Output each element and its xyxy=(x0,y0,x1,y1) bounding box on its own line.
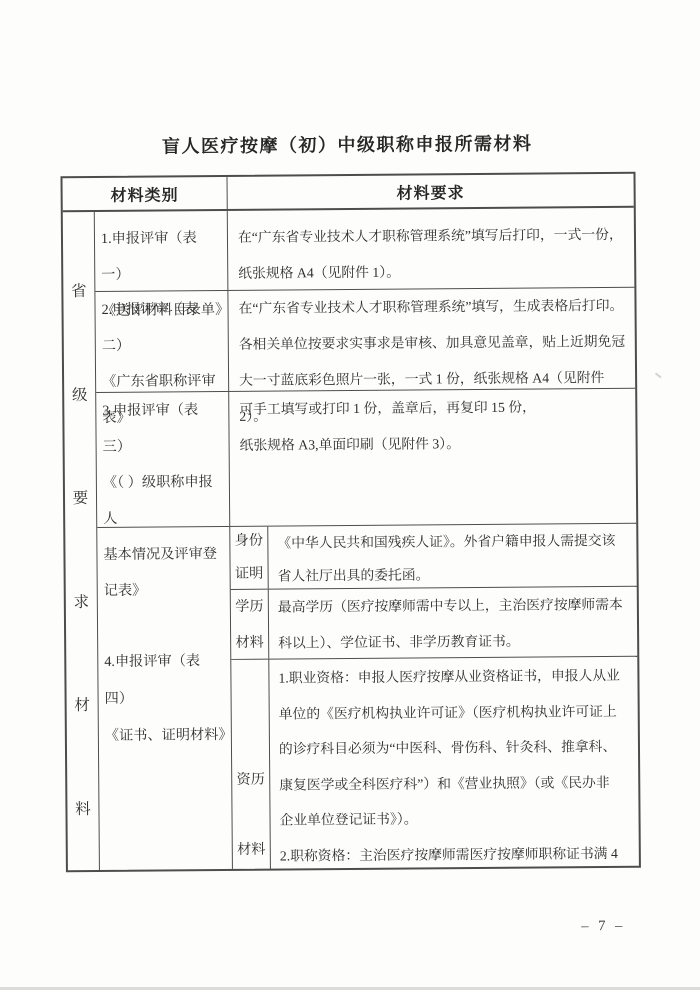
table-body: 省 级 要 求 材 料 1.申报评审（表一） 《送评材料目录单》 在“广东省专业… xyxy=(63,208,639,870)
sub-row-content: 《中华人民共和国残疾人证》。外省户籍申报人需提交该 省人社厅出具的委托函。 xyxy=(268,524,636,589)
sub-row-label: 学历 材料 xyxy=(231,590,270,659)
row-category: 2.申报评审（表二） 《广东省职称评审 表》 xyxy=(95,291,229,392)
row-category: 3.申报评审（表三） 《（ ）级职称申报人 基本情况及评审登 记表》 xyxy=(96,392,230,527)
side-label-char: 材 xyxy=(74,698,90,714)
side-label-char: 要 xyxy=(73,491,89,507)
scan-artifact xyxy=(655,372,662,379)
table-header-row: 材料类别 材料要求 xyxy=(63,174,634,212)
table-row: 3.申报评审（表三） 《（ ）级职称申报人 基本情况及评审登 记表》 可手工填写… xyxy=(96,388,636,527)
row-category: 1.申报评审（表一） 《送评材料目录单》 xyxy=(95,211,229,291)
sub-rows: 身份 证明 《中华人民共和国残疾人证》。外省户籍申报人需提交该 省人社厅出具的委… xyxy=(230,524,639,869)
row-requirement: 在“广东省专业技术人才职称管理系统”填写后打印，一式一份， 纸张规格 A4（见附… xyxy=(228,208,635,290)
row-category: 4.申报评审（表四） 《证书、证明材料》 xyxy=(97,527,233,870)
column-header-requirement: 材料要求 xyxy=(227,174,633,209)
sub-row-label: 身份 证明 xyxy=(230,527,268,589)
side-label-column: 省 级 要 求 材 料 xyxy=(63,212,100,870)
column-header-category: 材料类别 xyxy=(63,177,228,210)
side-label-char: 求 xyxy=(74,595,90,611)
sub-row-education: 学历 材料 最高学历（医疗按摩师需中专以上，主治医疗按摩师需本 科以上）、学位证… xyxy=(231,586,638,659)
sub-row-content: 最高学历（医疗按摩师需中专以上，主治医疗按摩师需本 科以上）、学位证书、非学历教… xyxy=(269,587,638,659)
table-row: 1.申报评审（表一） 《送评材料目录单》 在“广东省专业技术人才职称管理系统”填… xyxy=(95,208,635,291)
table-row: 2.申报评审（表二） 《广东省职称评审 表》 在“广东省专业技术人才职称管理系统… xyxy=(95,287,635,392)
side-label-char: 料 xyxy=(75,802,91,818)
row-requirement: 在“广东省专业技术人才职称管理系统”填写，生成表格后打印。 各相关单位按要求实事… xyxy=(228,288,635,391)
table-main-column: 1.申报评审（表一） 《送评材料目录单》 在“广东省专业技术人才职称管理系统”填… xyxy=(95,208,639,870)
materials-table: 材料类别 材料要求 省 级 要 求 材 料 1.申报评审（表一） 《送评材料目录… xyxy=(60,172,640,872)
document-page: 盲人医疗按摩（初）中级职称申报所需材料 材料类别 材料要求 省 级 要 求 材 … xyxy=(0,0,700,990)
sub-row-identity: 身份 证明 《中华人民共和国残疾人证》。外省户籍申报人需提交该 省人社厅出具的委… xyxy=(230,524,636,589)
side-label-char: 级 xyxy=(72,388,88,404)
side-label-char: 省 xyxy=(71,284,87,300)
page-number: – 7 – xyxy=(563,918,643,936)
row-requirement: 可手工填写或打印 1 份，盖章后，再复印 15 份， 纸张规格 A3,单面印刷（… xyxy=(229,389,636,526)
sub-row-label: 资历 材料 xyxy=(231,660,271,870)
sub-row-qualification: 资历 材料 1.职业资格：申报人医疗按摩从业资格证书，申报人从业 单位的《医疗机… xyxy=(231,656,639,870)
page-title: 盲人医疗按摩（初）中级职称申报所需材料 xyxy=(0,128,697,159)
table-row: 4.申报评审（表四） 《证书、证明材料》 身份 证明 《中华人民共和国残疾人证》… xyxy=(97,523,639,870)
sub-row-content: 1.职业资格：申报人医疗按摩从业资格证书，申报人从业 单位的《医疗机构执业许可证… xyxy=(269,657,639,870)
